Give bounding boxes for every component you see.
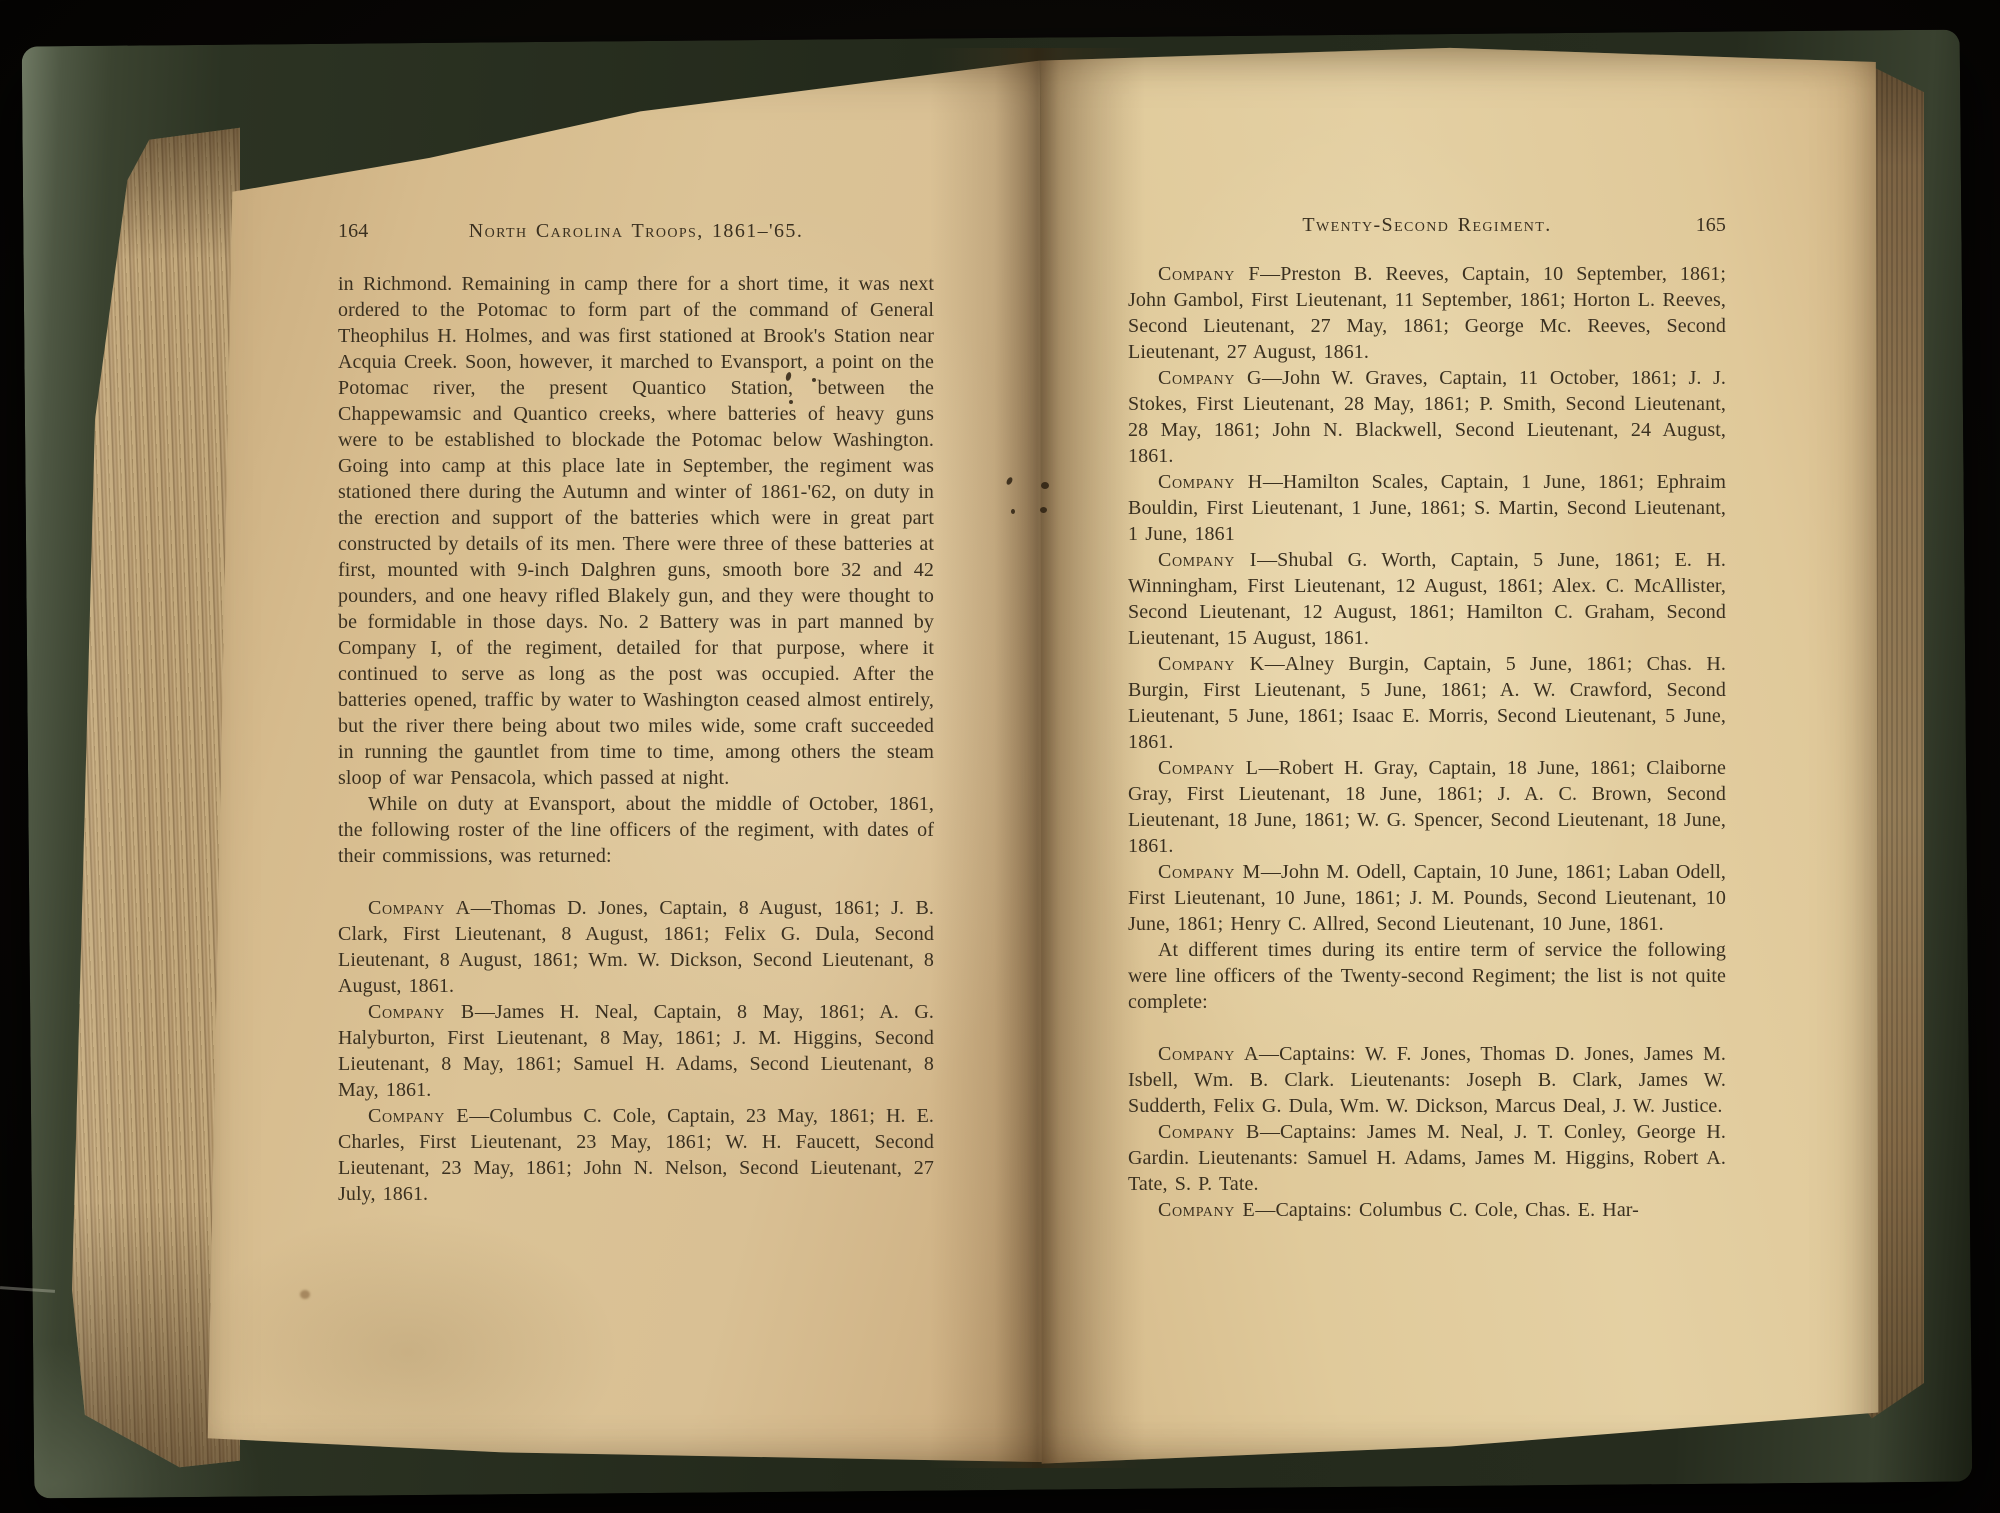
book-photo: 164 North Carolina Troops, 1861–'65. in … xyxy=(0,0,2000,1513)
left-page-content: 164 North Carolina Troops, 1861–'65. in … xyxy=(338,218,934,1207)
right-page-text: Company F—Preston B. Reeves, Captain, 10… xyxy=(1128,261,1726,1223)
paragraph: Company E—Columbus C. Cole, Captain, 23 … xyxy=(338,1103,934,1207)
running-header-left: North Carolina Troops, 1861–'65. xyxy=(408,218,864,244)
paragraph: Company L—Robert H. Gray, Captain, 18 Ju… xyxy=(1128,755,1726,859)
right-page-content: Twenty-Second Regiment. 165 Company F—Pr… xyxy=(1128,212,1726,1223)
ink-speck xyxy=(1011,509,1015,514)
ink-speck xyxy=(812,378,816,382)
company-lead: Company I xyxy=(1158,549,1257,571)
company-lead: Company K xyxy=(1158,653,1265,675)
paragraph: Company A—Thomas D. Jones, Captain, 8 Au… xyxy=(338,895,934,999)
paragraph: At different times during its entire ter… xyxy=(1128,937,1726,1015)
page-number-right: 165 xyxy=(1656,212,1726,238)
company-lead: Company B xyxy=(1158,1121,1260,1143)
paragraph: Company F—Preston B. Reeves, Captain, 10… xyxy=(1128,261,1726,365)
company-lead: Company L xyxy=(1158,757,1259,779)
left-page-text: in Richmond. Remaining in camp there for… xyxy=(338,271,934,1207)
paragraph: Company H—Hamilton Scales, Captain, 1 Ju… xyxy=(1128,469,1726,547)
company-lead: Company A xyxy=(1158,1043,1259,1065)
company-lead: Company A xyxy=(368,897,471,919)
company-lead: Company E xyxy=(368,1105,469,1127)
company-lead: Company E xyxy=(1158,1199,1255,1221)
company-lead: Company B xyxy=(368,1001,475,1023)
page-number-left: 164 xyxy=(338,218,408,244)
paragraph: Company I—Shubal G. Worth, Captain, 5 Ju… xyxy=(1128,547,1726,651)
paper-stain xyxy=(300,1290,310,1299)
paragraph: Company B—Captains: James M. Neal, J. T.… xyxy=(1128,1119,1726,1197)
paragraph: Company K—Alney Burgin, Captain, 5 June,… xyxy=(1128,651,1726,755)
company-lead: Company M xyxy=(1158,861,1261,883)
company-lead: Company H xyxy=(1158,471,1263,493)
running-header-right: Twenty-Second Regiment. xyxy=(1198,212,1656,238)
company-lead: Company G xyxy=(1158,367,1262,389)
left-running-header-row: 164 North Carolina Troops, 1861–'65. xyxy=(338,218,934,244)
paragraph: Company E—Captains: Columbus C. Cole, Ch… xyxy=(1128,1197,1726,1223)
paragraph: While on duty at Evansport, about the mi… xyxy=(338,791,934,869)
paragraph: Company A—Captains: W. F. Jones, Thomas … xyxy=(1128,1041,1726,1119)
paragraph: Company B—James H. Neal, Captain, 8 May,… xyxy=(338,999,934,1103)
right-running-header-row: Twenty-Second Regiment. 165 xyxy=(1128,212,1726,238)
paragraph: in Richmond. Remaining in camp there for… xyxy=(338,271,934,791)
paragraph: Company G—John W. Graves, Captain, 11 Oc… xyxy=(1128,365,1726,469)
ink-speck xyxy=(1040,507,1047,513)
ink-speck xyxy=(1041,482,1049,489)
ink-speck xyxy=(789,400,793,404)
company-lead: Company F xyxy=(1158,263,1260,285)
paragraph: Company M—John M. Odell, Captain, 10 Jun… xyxy=(1128,859,1726,937)
